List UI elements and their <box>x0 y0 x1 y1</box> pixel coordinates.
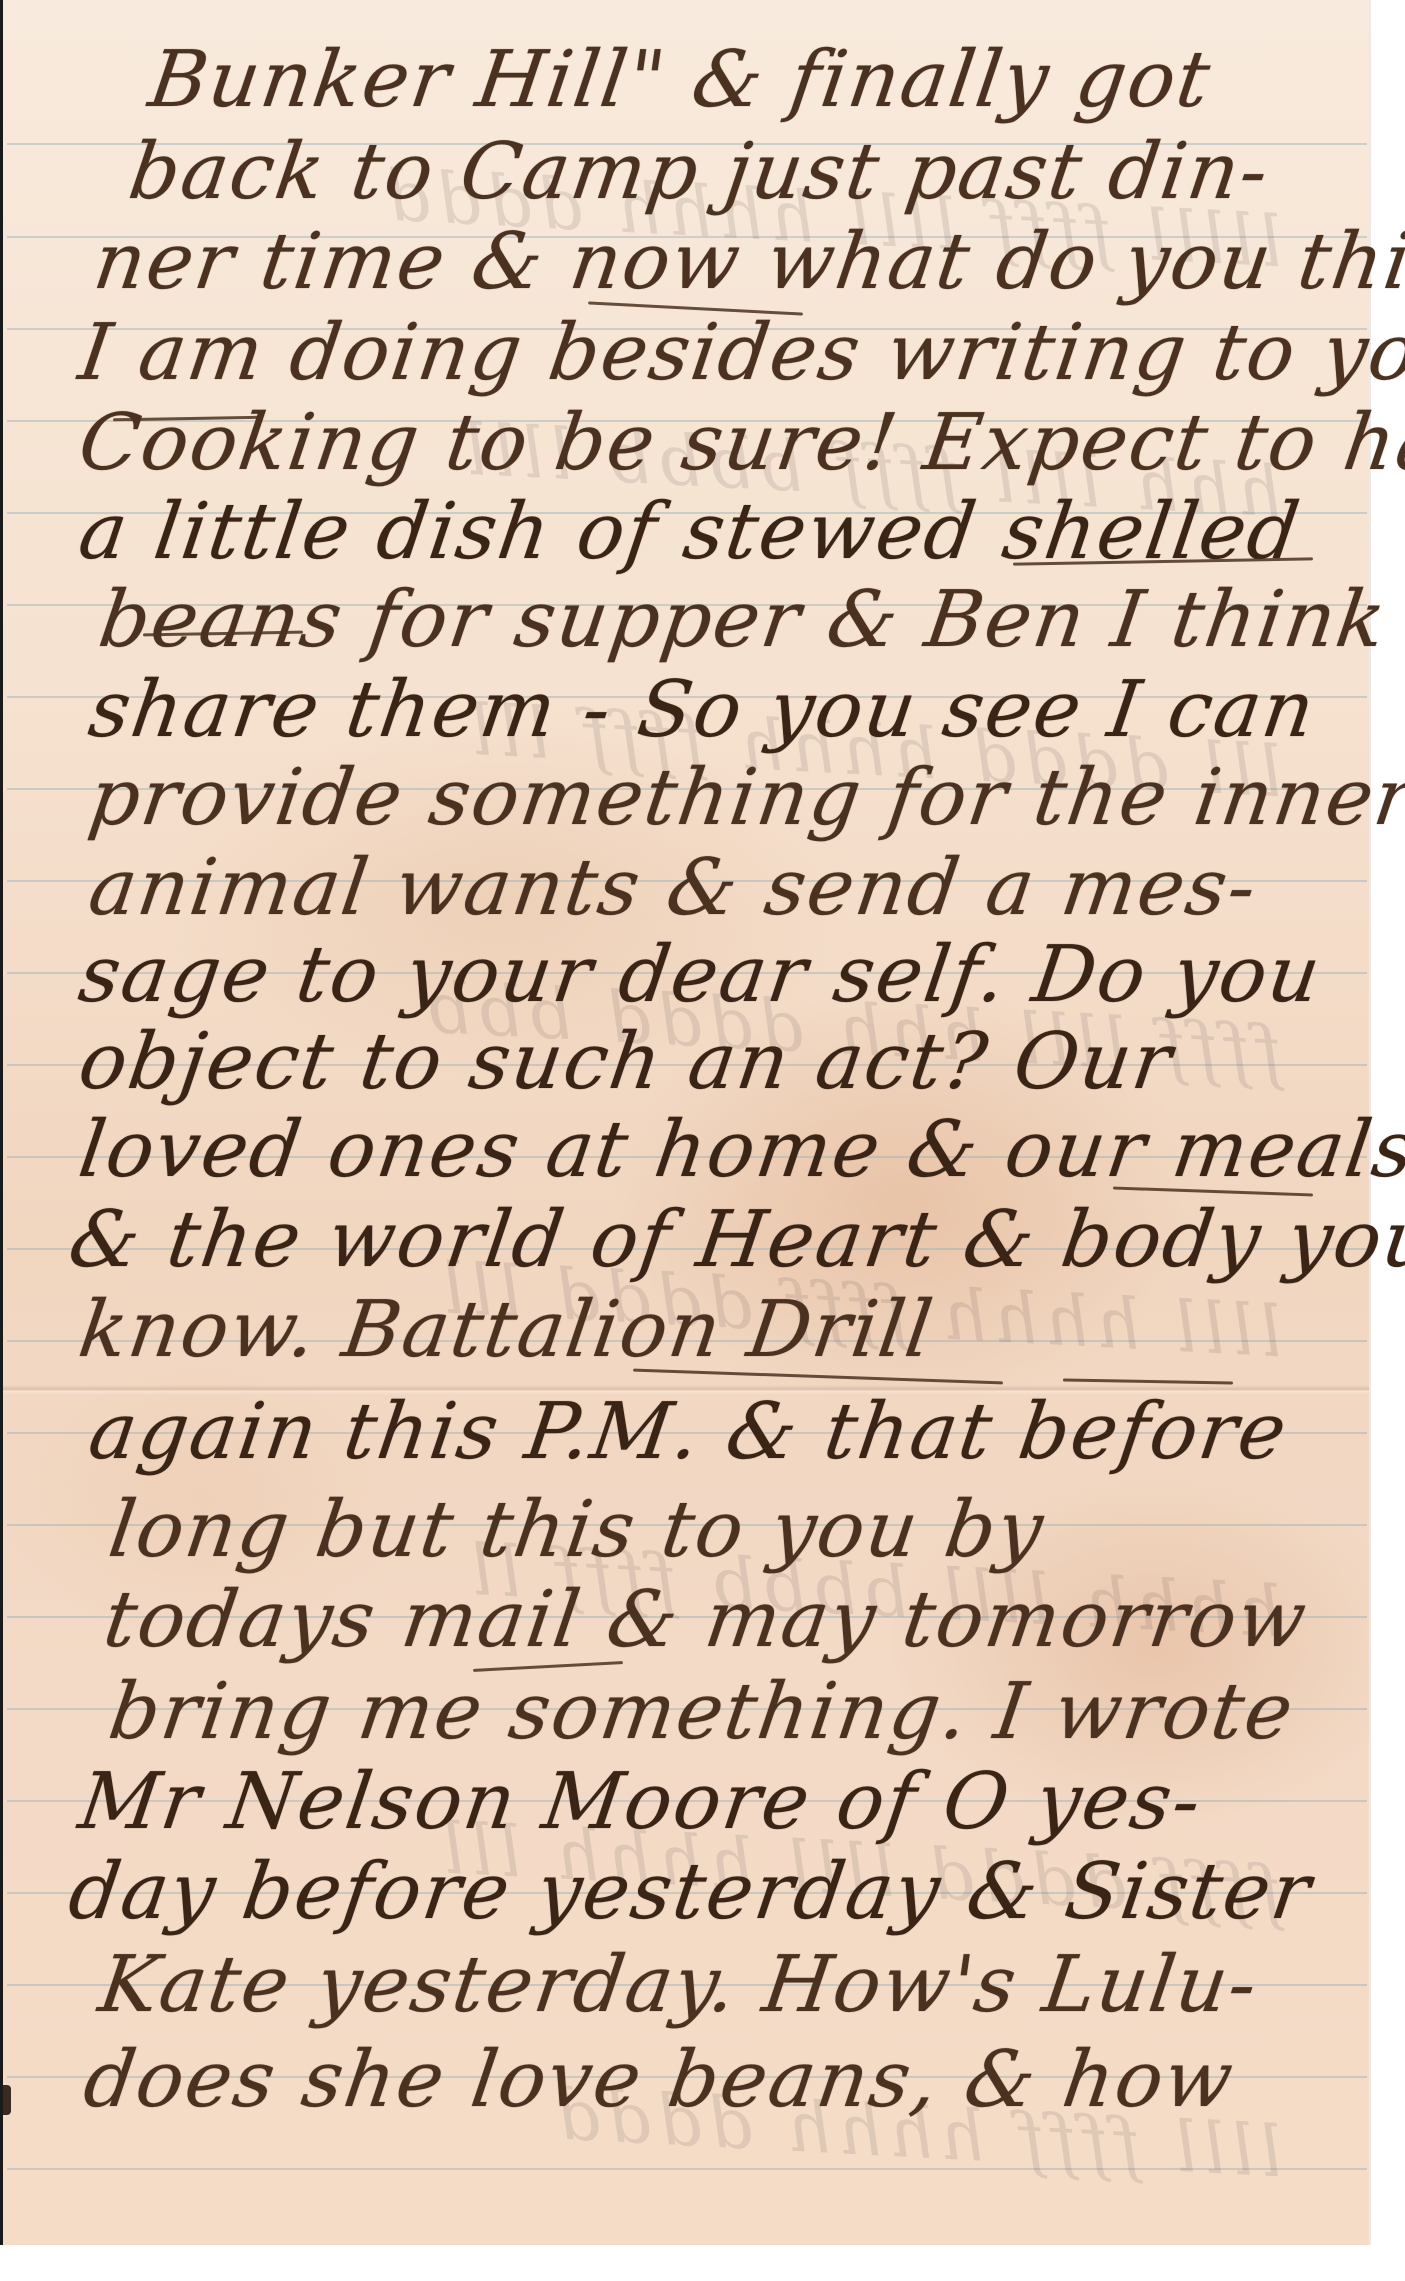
letter-line: todays mail & may tomorrow <box>98 1570 1405 1670</box>
letter-line: day before yesterday & Sister <box>63 1842 1377 1942</box>
letter-line: bring me something. I wrote <box>103 1662 1405 1762</box>
letter-paper: lllll ffff llll hhhh dddd hhh llll ffff … <box>0 0 1369 2245</box>
letter-line: sage to your dear self. Do you <box>73 925 1387 1025</box>
letter-line: Mr Nelson Moore of O yes- <box>73 1752 1387 1852</box>
letter-line: animal wants & send a mes- <box>83 838 1397 938</box>
letter-line: back to Camp just past din- <box>123 122 1405 222</box>
letter-line: long but this to you by <box>103 1480 1405 1580</box>
letter-line: beans for supper & Ben I think <box>93 570 1405 670</box>
letter-line: share them - So you see I can <box>83 660 1397 760</box>
letter-line: provide something for the inner- <box>83 748 1397 848</box>
letter-line: loved ones at home & our meals <box>73 1100 1387 1200</box>
letter-line: ner time & now what do you think <box>88 212 1402 312</box>
letter-line: does she love beans, & how <box>78 2030 1392 2130</box>
letter-line: object to such an act? Our <box>73 1012 1387 1112</box>
letter-line: a little dish of stewed shelled <box>73 482 1387 582</box>
letter-body: Bunker Hill" & finally got back to Camp … <box>3 0 1369 2245</box>
letter-line: know. Battalion Drill <box>73 1280 1387 1380</box>
scanned-page: lllll ffff llll hhhh dddd hhh llll ffff … <box>0 0 1405 2281</box>
letter-line: Kate yesterday. How's Lulu- <box>93 1935 1405 2035</box>
letter-line: I am doing besides writing to you: <box>73 303 1387 403</box>
letter-line: again this P.M. & that before <box>83 1382 1397 1482</box>
letter-line: Bunker Hill" & finally got <box>143 30 1405 130</box>
letter-line: Cooking to be sure! Expect to have <box>73 393 1387 493</box>
letter-line: & the world of Heart & body you <box>63 1190 1377 1290</box>
